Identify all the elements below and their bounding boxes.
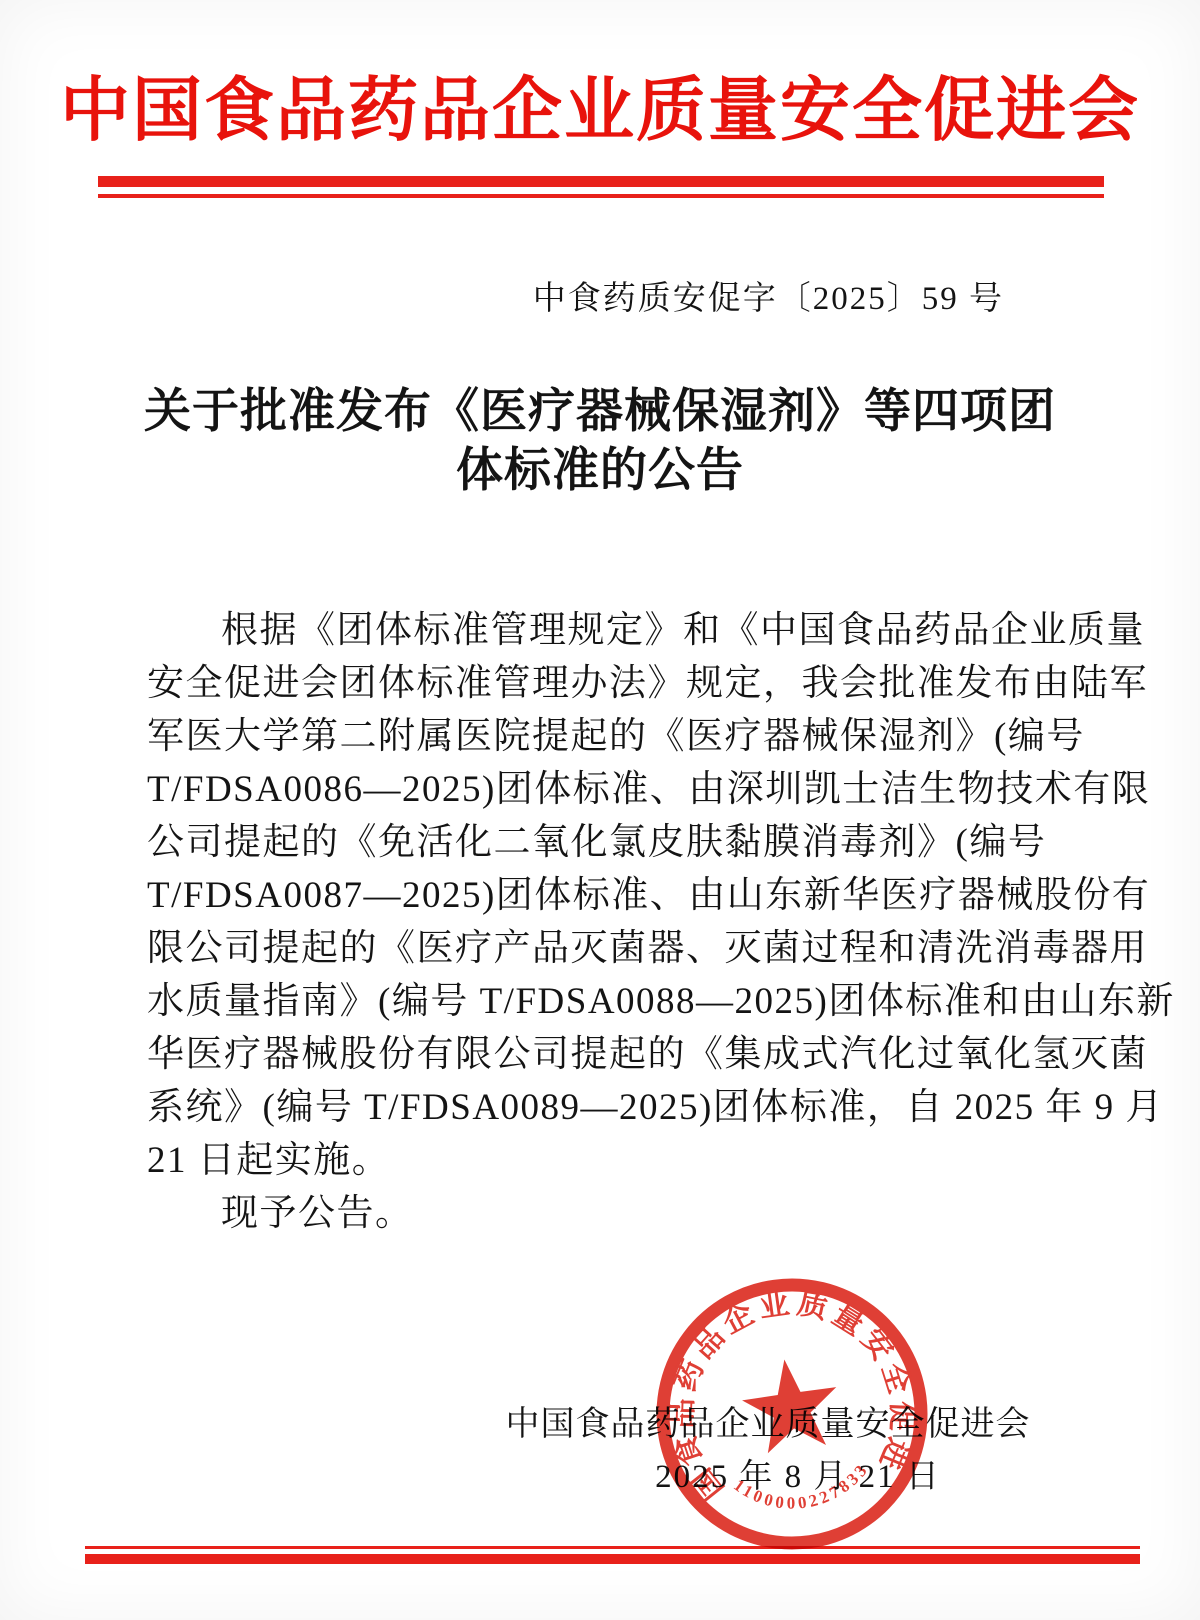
body-line: 现予公告。 — [147, 1187, 1080, 1240]
body-line: 根据《团体标准管理规定》和《中国食品药品企业质量 — [147, 604, 1080, 657]
letterhead-rule-thin — [98, 194, 1104, 198]
body-line: T/FDSA0087—2025)团体标准、由山东新华医疗器械股份有 — [147, 869, 1080, 922]
letterhead-rule-thick — [98, 176, 1104, 187]
body-line: 安全促进会团体标准管理办法》规定，我会批准发布由陆军 — [147, 657, 1080, 710]
body-line: 21 日起实施。 — [147, 1134, 1080, 1187]
announcement-title-line-2: 体标准的公告 — [0, 442, 1200, 501]
footer-rule-thick — [85, 1554, 1140, 1564]
official-red-seal: 中国食品药品企业质量安全促进会 1100000227833 — [617, 1239, 967, 1589]
announcement-document-page: 中国食品药品企业质量安全促进会 中食药质安促字〔2025〕59 号 关于批准发布… — [0, 0, 1200, 1620]
announcement-title-line-1: 关于批准发布《医疗器械保湿剂》等四项团 — [0, 383, 1200, 442]
body-line: 限公司提起的《医疗产品灭菌器、灭菌过程和清洗消毒器用 — [147, 922, 1080, 975]
body-line: T/FDSA0086—2025)团体标准、由深圳凯士洁生物技术有限 — [147, 763, 1080, 816]
body-line: 军医大学第二附属医院提起的《医疗器械保湿剂》(编号 — [147, 710, 1080, 763]
announcement-body: 根据《团体标准管理规定》和《中国食品药品企业质量 安全促进会团体标准管理办法》规… — [147, 604, 1080, 1240]
body-line: 水质量指南》(编号 T/FDSA0088—2025)团体标准和由山东新 — [147, 975, 1080, 1028]
body-line: 系统》(编号 T/FDSA0089—2025)团体标准，自 2025 年 9 月 — [147, 1081, 1080, 1134]
letterhead-org-name: 中国食品药品企业质量安全促进会 — [0, 54, 1200, 155]
footer-rule-thin — [85, 1546, 1140, 1549]
body-line: 华医疗器械股份有限公司提起的《集成式汽化过氧化氢灭菌 — [147, 1028, 1080, 1081]
seal-star-icon — [737, 1353, 844, 1456]
body-line: 公司提起的《免活化二氧化氯皮肤黏膜消毒剂》(编号 — [147, 816, 1080, 869]
svg-text:1100000227833: 1100000227833 — [728, 1457, 877, 1522]
announcement-title: 关于批准发布《医疗器械保湿剂》等四项团 体标准的公告 — [0, 383, 1200, 501]
seal-serial-number: 1100000227833 — [728, 1457, 877, 1522]
document-reference-number: 中食药质安促字〔2025〕59 号 — [533, 272, 1004, 319]
